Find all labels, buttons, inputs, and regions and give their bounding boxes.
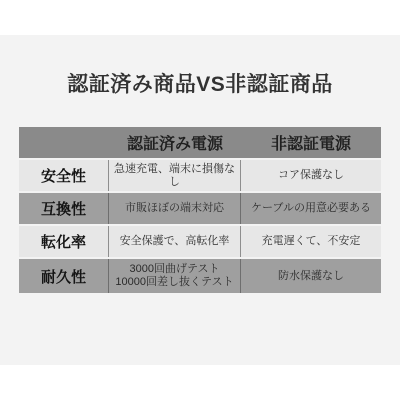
cell-text: ケーブルの用意必要ある bbox=[251, 202, 371, 215]
table-row-safety: 安全性 急速充電、端末に損傷なし コア保護なし bbox=[19, 160, 381, 191]
cell-text: コア保護なし bbox=[278, 169, 344, 182]
table-row-durability: 耐久性 3000回曲げテスト 10000回差し抜くテスト 防水保護なし bbox=[19, 259, 381, 293]
page-title: 認証済み商品VS非認証商品 bbox=[0, 72, 400, 98]
uncertified-cell: コア保護なし bbox=[241, 160, 381, 191]
header-uncertified: 非認証電源 bbox=[241, 127, 381, 158]
table-row-conversion: 転化率 安全保護で、高転化率 充電遅くて、不安定 bbox=[19, 226, 381, 257]
row-label: 転化率 bbox=[19, 226, 109, 257]
table-header-row: 認証済み電源 非認証電源 bbox=[19, 127, 381, 158]
row-label: 安全性 bbox=[19, 160, 109, 191]
cell-text: 市販ほぼの端末対応 bbox=[125, 202, 224, 215]
cell-text-line2: 10000回差し抜くテスト bbox=[115, 276, 233, 289]
comparison-table: 認証済み電源 非認証電源 安全性 急速充電、端末に損傷なし コア保護なし 互換性… bbox=[19, 127, 381, 293]
row-label: 耐久性 bbox=[19, 259, 109, 293]
header-spacer bbox=[19, 127, 109, 158]
header-certified: 認証済み電源 bbox=[109, 127, 241, 158]
cell-text: 充電遅くて、不安定 bbox=[262, 235, 361, 248]
cell-text: 急速充電、端末に損傷なし bbox=[113, 163, 236, 189]
comparison-card: 認証済み商品VS非認証商品 認証済み電源 非認証電源 安全性 急速充電、端末に損… bbox=[0, 35, 400, 365]
certified-cell: 3000回曲げテスト 10000回差し抜くテスト bbox=[109, 259, 241, 293]
certified-cell: 安全保護で、高転化率 bbox=[109, 226, 241, 257]
cell-text: 安全保護で、高転化率 bbox=[120, 235, 230, 248]
row-label: 互換性 bbox=[19, 193, 109, 224]
certified-cell: 市販ほぼの端末対応 bbox=[109, 193, 241, 224]
uncertified-cell: ケーブルの用意必要ある bbox=[241, 193, 381, 224]
cell-text-line1: 3000回曲げテスト bbox=[129, 263, 219, 276]
uncertified-cell: 充電遅くて、不安定 bbox=[241, 226, 381, 257]
uncertified-cell: 防水保護なし bbox=[241, 259, 381, 293]
cell-text: 防水保護なし bbox=[278, 270, 344, 283]
certified-cell: 急速充電、端末に損傷なし bbox=[109, 160, 241, 191]
table-row-compatibility: 互換性 市販ほぼの端末対応 ケーブルの用意必要ある bbox=[19, 193, 381, 224]
